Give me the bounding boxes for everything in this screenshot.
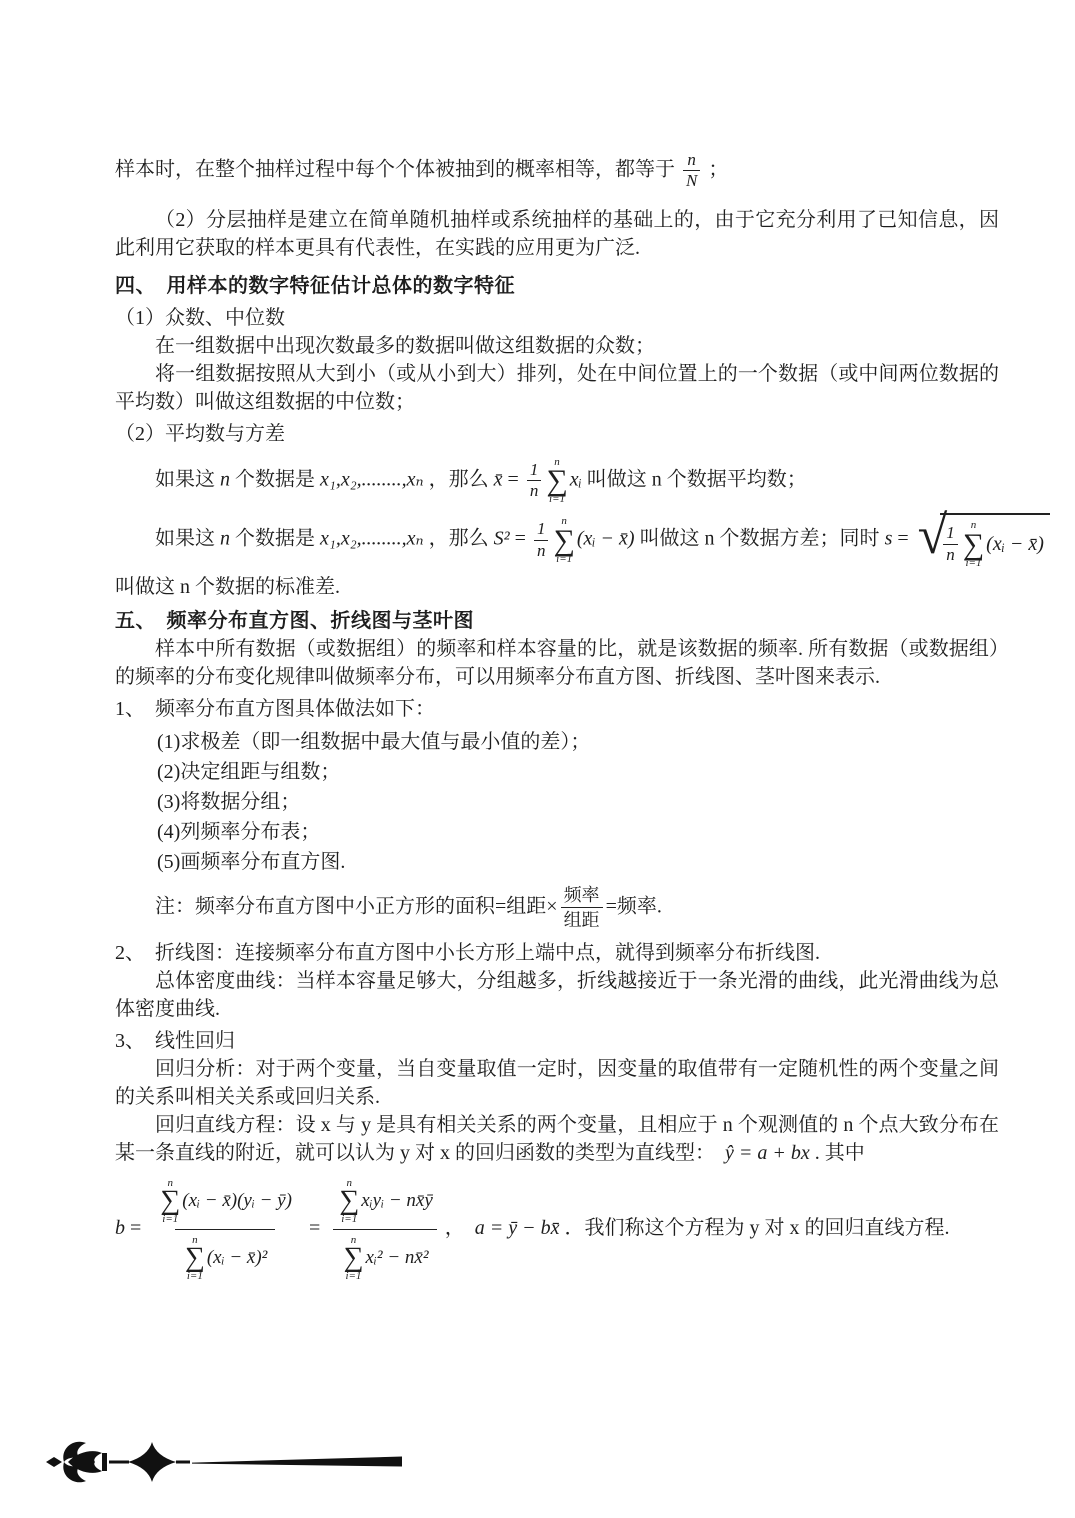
item-mode-median: （1）众数、中位数 xyxy=(115,304,999,332)
sigma-symbol: ∑ xyxy=(553,528,574,554)
fraction-numerator: 1 xyxy=(527,460,542,480)
paragraph-density-curve: 总体密度曲线：当样本容量足够大，分组越多，折线越接近于一条光滑的曲线，此光滑曲线… xyxy=(115,967,999,1023)
formula-regression-b: b = n∑i=1(xᵢ − x̄)(yᵢ − ȳ)n∑i=1(xᵢ − x̄)… xyxy=(115,1175,999,1284)
summand: (xᵢ − x̄) xyxy=(986,530,1044,558)
summation-lower-limit: i=1 xyxy=(162,1213,178,1225)
formula-text: ，那么 xyxy=(424,468,494,490)
formula-text: 如果这 xyxy=(155,528,220,550)
summand: xᵢ xyxy=(570,468,582,490)
formula-text: ．我们称这个方程为 y 对 x 的回归直线方程. xyxy=(560,1217,950,1239)
summation: n∑i=1 xyxy=(546,456,567,506)
document-content: 样本时，在整个抽样过程中每个个体被抽到的概率相等，都等于 n N ； （2）分层… xyxy=(115,150,999,1284)
fraction-numerator: 1 xyxy=(534,519,549,539)
sequence-x: x₁,x₂,........,xₙ xyxy=(320,528,424,550)
ornament-graphic xyxy=(42,1436,422,1488)
formula-text: 叫做这 n 个数据平均数； xyxy=(582,468,807,490)
section-heading-5: 五、 频率分布直方图、折线图与茎叶图 xyxy=(115,607,999,635)
ornament-big-diamond xyxy=(128,1442,176,1482)
sigma-symbol: ∑ xyxy=(185,1246,205,1270)
note-text: 注：频率分布直方图中小正方形的面积=组距× xyxy=(155,896,558,918)
formula-variance: 如果这 n 个数据是 x₁,x₂,........,xₙ ，那么 S² = 1n… xyxy=(155,511,999,569)
summation: n∑i=1 xyxy=(343,1234,363,1282)
mean-symbol: x̄ xyxy=(494,468,503,490)
footer-ornament xyxy=(42,1436,422,1493)
formula-text: 叫做这 n 个数据方差；同时 xyxy=(635,528,885,550)
var-n: n xyxy=(220,468,230,490)
paragraph-regression-analysis: 回归分析：对于两个变量，当自变量取值一定时，因变量的取值带有一定随机性的两个变量… xyxy=(115,1055,999,1111)
paragraph-equal-probability: 样本时，在整个抽样过程中每个个体被抽到的概率相等，都等于 n N ； xyxy=(115,150,999,192)
fraction-denominator: 组距 xyxy=(561,907,603,932)
summation: n∑i=1 xyxy=(185,1234,205,1282)
item-line-chart: 2、 折线图：连接频率分布直方图中小长方形上端中点，就得到频率分布折线图. xyxy=(115,939,999,967)
summation-lower-limit: i=1 xyxy=(549,493,565,505)
definition-mode: 在一组数据中出现次数最多的数据叫做这组数据的众数； xyxy=(115,332,999,360)
summation-lower-limit: i=1 xyxy=(965,557,981,569)
fraction-numerator: 频率 xyxy=(561,883,603,907)
formula-text: 个数据是 xyxy=(230,468,320,490)
formula-mean: 如果这 n 个数据是 x₁,x₂,........,xₙ ，那么 x̄ = 1n… xyxy=(155,456,999,506)
step-5: (5)画频率分布直方图. xyxy=(157,847,999,877)
bigfraction-deviation-form: n∑i=1(xᵢ − x̄)(yᵢ − ȳ)n∑i=1(xᵢ − x̄)² xyxy=(150,1175,300,1284)
summation: n∑i=1 xyxy=(339,1177,359,1225)
bigfraction-denominator: n∑i=1xᵢ² − nx̄² xyxy=(333,1229,436,1284)
step-3: (3)将数据分组； xyxy=(157,787,999,817)
note-area-formula: 注：频率分布直方图中小正方形的面积=组距×频率组距=频率. xyxy=(155,883,999,933)
regression-equation: ŷ = a + bx xyxy=(725,1142,810,1164)
a-equation: a = ȳ − bx̄ xyxy=(475,1217,560,1239)
radicand: 1nn∑i=1(xᵢ − x̄) xyxy=(940,513,1050,569)
sigma-symbol: ∑ xyxy=(546,468,567,494)
formula-text: 个数据是 xyxy=(230,528,320,550)
summand: (xᵢ − x̄)(yᵢ − ȳ) xyxy=(182,1187,292,1215)
variance-symbol: S² xyxy=(494,528,510,550)
fraction-1-over-n: 1n xyxy=(943,523,958,565)
summand: (xᵢ − x̄)² xyxy=(207,1244,268,1272)
fraction-denominator: n xyxy=(943,544,958,565)
fraction-denominator: N xyxy=(683,170,700,191)
summation: n∑i=1 xyxy=(553,515,574,565)
equals-sign: = xyxy=(510,528,531,550)
summation-lower-limit: i=1 xyxy=(187,1270,203,1282)
sigma-symbol: ∑ xyxy=(963,532,984,558)
b-symbol: b xyxy=(115,1217,125,1239)
fraction-frequency-over-classwidth: 频率组距 xyxy=(561,883,603,933)
formula-text: ， xyxy=(445,1217,475,1239)
formula-text: 如果这 xyxy=(155,468,220,490)
bigfraction-numerator: n∑i=1(xᵢ − x̄)(yᵢ − ȳ) xyxy=(150,1175,300,1229)
stddev-tail: 叫做这 n 个数据的标准差. xyxy=(115,573,999,601)
equals-sign: = xyxy=(503,468,524,490)
summation-lower-limit: i=1 xyxy=(345,1270,361,1282)
step-2: (2)决定组距与组数； xyxy=(157,757,999,787)
fraction-denominator: n xyxy=(534,540,549,561)
sigma-symbol: ∑ xyxy=(343,1246,363,1270)
equals-sign: = xyxy=(125,1217,146,1239)
fraction-n-over-N: n N xyxy=(683,150,700,192)
paragraph-text: . 其中 xyxy=(810,1142,865,1164)
bigfraction-numerator: n∑i=1xᵢyᵢ − nx̄ȳ xyxy=(329,1175,441,1229)
summation: n∑i=1 xyxy=(160,1177,180,1225)
sigma-symbol: ∑ xyxy=(160,1189,180,1213)
note-text: =频率. xyxy=(606,896,662,918)
fraction-numerator: 1 xyxy=(943,523,958,543)
summation: n∑i=1 xyxy=(963,519,984,569)
bigfraction-product-form: n∑i=1xᵢyᵢ − nx̄ȳn∑i=1xᵢ² − nx̄² xyxy=(329,1175,441,1284)
fraction-denominator: n xyxy=(527,480,542,501)
ornament-tapering-rule xyxy=(192,1457,402,1467)
paragraph-regression-line: 回归直线方程：设 x 与 y 是具有相关关系的两个变量，且相应于 n 个观测值的… xyxy=(115,1111,999,1167)
formula-text: ，那么 xyxy=(424,528,494,550)
fraction-numerator: n xyxy=(684,150,699,170)
sequence-x: x₁,x₂,........,xₙ xyxy=(320,468,424,490)
summation-lower-limit: i=1 xyxy=(556,553,572,565)
sigma-symbol: ∑ xyxy=(339,1189,359,1213)
summand: (xᵢ − x̄) xyxy=(577,528,635,550)
equals-sign: = xyxy=(304,1217,325,1239)
item-histogram-steps: 1、 频率分布直方图具体做法如下： xyxy=(115,695,999,723)
definition-median: 将一组数据按照从大到小（或从小到大）排列，处在中间位置上的一个数据（或中间两位数… xyxy=(115,360,999,416)
step-1: (1)求极差（即一组数据中最大值与最小值的差）； xyxy=(157,727,999,757)
square-root: √1nn∑i=1(xᵢ − x̄) xyxy=(918,511,1050,569)
item-linear-regression: 3、 线性回归 xyxy=(115,1027,999,1055)
paragraph-text: 回归直线方程：设 x 与 y 是具有相关关系的两个变量，且相应于 n 个观测值的… xyxy=(115,1114,999,1164)
bigfraction-denominator: n∑i=1(xᵢ − x̄)² xyxy=(175,1229,276,1284)
paragraph-text: ； xyxy=(708,158,728,180)
ornament-small-diamond xyxy=(46,1457,62,1467)
step-4: (4)列频率分布表； xyxy=(157,817,999,847)
fraction-1-over-n: 1n xyxy=(527,460,542,502)
var-n: n xyxy=(220,528,230,550)
paragraph-frequency-intro: 样本中所有数据（或数据组）的频率和样本容量的比，就是该数据的频率. 所有数据（或… xyxy=(115,635,999,691)
summand: xᵢ² − nx̄² xyxy=(365,1244,428,1272)
paragraph-text: 样本时，在整个抽样过程中每个个体被抽到的概率相等，都等于 xyxy=(115,158,675,180)
document-page: 样本时，在整个抽样过程中每个个体被抽到的概率相等，都等于 n N ； （2）分层… xyxy=(0,0,1075,1518)
paragraph-stratified-sampling: （2）分层抽样是建立在简单随机抽样或系统抽样的基础上的，由于它充分利用了已知信息… xyxy=(115,206,999,262)
summation-lower-limit: i=1 xyxy=(341,1213,357,1225)
section-heading-4: 四、 用样本的数字特征估计总体的数字特征 xyxy=(115,272,999,300)
item-mean-variance: （2）平均数与方差 xyxy=(115,420,999,448)
fraction-1-over-n: 1n xyxy=(534,519,549,561)
summand: xᵢyᵢ − nx̄ȳ xyxy=(361,1187,433,1215)
equals-sign: = xyxy=(892,528,913,550)
